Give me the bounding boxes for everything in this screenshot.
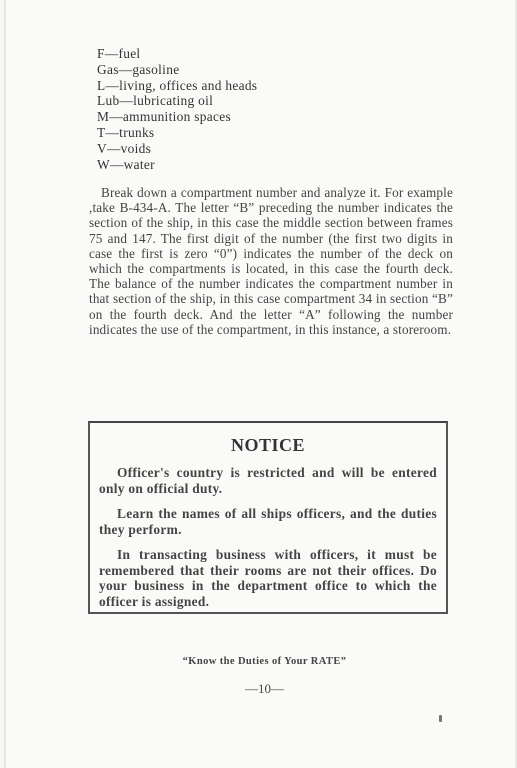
legend-item: F—fuel [97, 46, 257, 62]
notice-title: NOTICE [99, 435, 437, 456]
compartment-explanation-paragraph: Break down a compartment number and anal… [89, 185, 453, 337]
legend-item: L—living, offices and heads [97, 78, 257, 94]
notice-paragraph: Officer's country is restricted and will… [99, 465, 437, 496]
legend-item: Gas—gasoline [97, 62, 257, 78]
legend-item: M—ammunition spaces [97, 109, 257, 125]
compartment-letter-legend: F—fuel Gas—gasoline L—living, offices an… [97, 46, 257, 172]
footer-motto: “Know the Duties of Your RATE” [6, 656, 517, 667]
legend-item: V—voids [97, 141, 257, 157]
ink-speck [439, 715, 442, 722]
document-page: F—fuel Gas—gasoline L—living, offices an… [4, 0, 517, 768]
legend-item: T—trunks [97, 125, 257, 141]
legend-item: Lub—lubricating oil [97, 93, 257, 109]
legend-item: W—water [97, 157, 257, 173]
page-number: —10— [6, 681, 517, 697]
notice-paragraph: In transacting business with officers, i… [99, 547, 437, 609]
notice-paragraph: Learn the names of all ships officers, a… [99, 506, 437, 537]
notice-box: NOTICE Officer's country is restricted a… [88, 421, 448, 614]
